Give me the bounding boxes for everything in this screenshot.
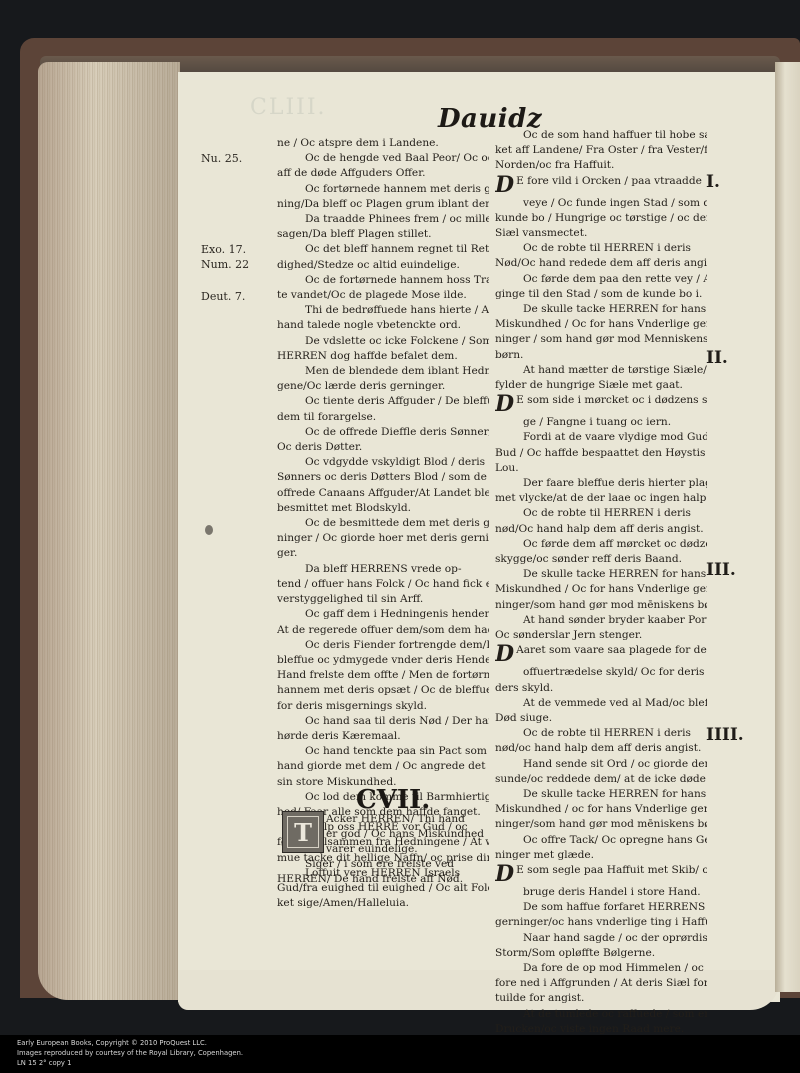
- courtesy-line: Images reproduced by courtesy of the Roy…: [17, 1049, 243, 1057]
- text-line: Naar hand sagde / oc der oprørdis en: [495, 931, 707, 946]
- text-line: Der faare bleffue deris hierter plagede: [495, 476, 707, 491]
- text-line: Acker HERREN/ Thi hand: [326, 812, 489, 827]
- text-line: Oc de robte til HERREN i deris: [495, 506, 707, 521]
- text-line-content: Oc hand tenckte paa sin Pact som: [305, 745, 487, 757]
- text-line-content: E fore vild i Orcken / paa vtraadde: [516, 175, 702, 187]
- text-line: DE fore vild i Orcken / paa vtraadde: [495, 174, 707, 196]
- text-line-content: skygge/oc sønder reff deris Baand.: [495, 553, 682, 565]
- text-line: Sønners oc deris Døtters Blod / som de: [277, 470, 489, 485]
- page-fore-edge-shade: [38, 62, 180, 1000]
- text-line-content: At de vemmede ved al Mad/oc bleffue: [523, 697, 707, 709]
- text-line-content: Men de blendede dem iblant Hednin-: [305, 365, 489, 377]
- text-line-content: børn.: [495, 349, 523, 361]
- text-line: Oc deris Fiender fortrengde dem/De: [277, 638, 489, 653]
- text-line: Hand frelste dem offte / Men de fortørne…: [277, 668, 489, 683]
- copyright-line: Early European Books, Copyright © 2010 P…: [17, 1039, 207, 1047]
- text-line-content: ders skyld.: [495, 682, 553, 694]
- text-line: At hand mætter de tørstige Siæle/ Oc: [495, 363, 707, 378]
- text-line: HERREN dog haffde befalet dem.: [277, 349, 489, 364]
- text-line: ninger / Oc giorde hoer met deris gernin…: [277, 531, 489, 546]
- text-line: Oc de offrede Dieffle deris Sønner/: [277, 425, 489, 440]
- text-line-content: ninger met glæde.: [495, 849, 594, 861]
- text-line-content: De som haffue forfaret HERRENS: [523, 901, 705, 913]
- text-line: fore ned i Affgrunden / At deris Siæl fo…: [495, 976, 707, 991]
- text-line-content: At de regerede offuer dem/som dem hadede…: [277, 624, 489, 636]
- text-line-content: ginge til den Stad / som de kunde bo i.: [495, 288, 702, 300]
- text-line-content: ne / Oc atspre dem i Landene.: [277, 137, 439, 149]
- show-through-text: CLIII.: [250, 95, 327, 120]
- text-line-content: Oc det bleff hannem regnet til Retfer-: [305, 243, 489, 255]
- text-line: Oc hand saa til deris Nød / Der hand: [277, 714, 489, 729]
- text-line: veye / Oc funde ingen Stad / som de: [495, 196, 707, 211]
- text-line: Siæl vansmectet.: [495, 226, 707, 241]
- text-line-content: Oc gaff dem i Hedningenis hender/: [305, 608, 489, 620]
- text-line-content: for deris misgernings skyld.: [277, 700, 427, 712]
- drop-cap: D: [495, 863, 514, 885]
- margin-reference: Exo. 17.: [201, 243, 246, 256]
- text-line-content: hørde deris Kæremaal.: [277, 730, 401, 742]
- section-numeral: IIII.: [706, 725, 744, 745]
- text-line: aff de døde Affguders Offer.: [277, 166, 489, 181]
- text-line-content: At hand mætter de tørstige Siæle/ Oc: [523, 364, 707, 376]
- text-line-content: bruge deris Handel i store Hand.: [523, 886, 701, 898]
- text-line: Oc gaff dem i Hedningenis hender/: [277, 607, 489, 622]
- text-line-content: De skulle tacke HERREN for hans: [523, 303, 706, 315]
- text-line-content: ge / Fangne i tuang oc iern.: [523, 416, 671, 428]
- text-line: Norden/oc fra Haffuit.: [495, 158, 707, 173]
- text-line: Miskundhed / Oc for hans Vnderlige ger-: [495, 582, 707, 597]
- text-line: DE som segle paa Haffuit met Skib/ oc: [495, 863, 707, 885]
- text-line-content: Død siuge.: [495, 712, 552, 724]
- text-line: Lou.: [495, 461, 707, 476]
- text-line: ning/Da bleff oc Plagen grum iblant dem.: [277, 197, 489, 212]
- text-line: De som haffue forfaret HERRENS: [495, 900, 707, 915]
- text-line-content: Aaret som vaare saa plagede for deris: [516, 644, 707, 656]
- psalm-number: CVII.: [356, 785, 430, 815]
- section-numeral: III.: [706, 560, 736, 580]
- text-line-content: E som side i mørcket oc i dødzens skyg-: [516, 394, 707, 406]
- text-line: Da fore de op mod Himmelen / oc de: [495, 961, 707, 976]
- text-line: Oc hand tenckte paa sin Pact som: [277, 744, 489, 759]
- text-line: hørde deris Kæremaal.: [277, 729, 489, 744]
- margin-reference: Deut. 7.: [201, 290, 245, 303]
- margin-reference: Nu. 25.: [201, 152, 242, 165]
- text-line: De skulle tacke HERREN for hans: [495, 787, 707, 802]
- text-line-content: Da bleff HERRENS vrede op-: [305, 563, 462, 575]
- woodcut-initial: T: [282, 811, 324, 853]
- text-line: Da bleff HERRENS vrede op-: [277, 562, 489, 577]
- text-line-content: Oc de som hand haffuer til hobe sam-: [523, 129, 707, 141]
- text-line: Oc deris Døtter.: [277, 440, 489, 455]
- text-line: ninger met glæde.: [495, 848, 707, 863]
- text-line: nød/oc hand halp dem aff deris angist.: [495, 741, 707, 756]
- text-line-content: Siger / i som ere frelste ved: [305, 858, 454, 870]
- text-line-content: Oc de hengde ved Baal Peor/ Oc ode: [305, 152, 489, 164]
- page-stain: [205, 525, 213, 535]
- text-line-content: Miskundhed / oc for hans Vnderlige ger-: [495, 803, 707, 815]
- text-line: Oc fortørnede hannem met deris ger-: [277, 182, 489, 197]
- text-line-content: fore ned i Affgrunden / At deris Siæl fo…: [495, 977, 707, 989]
- text-line-content: Hand frelste dem offte / Men de fortørne…: [277, 669, 489, 681]
- text-line: Oc de robte til HERREN i deris: [495, 241, 707, 256]
- drop-cap: D: [495, 643, 514, 665]
- text-line: De skulle tacke HERREN for hans: [495, 302, 707, 317]
- text-line: ninger/som hand gør mod mēniskens børn.: [495, 817, 707, 832]
- text-line: er god / Oc hans Miskundhed: [326, 827, 489, 842]
- text-line: tend / offuer hans Folck / Oc hand fick …: [277, 577, 489, 592]
- text-line: offuertrædelse skyld/ Oc for deris Syn-: [495, 665, 707, 680]
- text-line-content: Oc førde dem aff mørcket oc dødzens: [523, 538, 707, 550]
- text-line-content: Miskundhed / Oc for hans Vnderlige ger-: [495, 583, 707, 595]
- text-line: bruge deris Handel i store Hand.: [495, 885, 707, 900]
- text-line-content: Oc førde dem paa den rette vey / At de: [523, 273, 707, 285]
- text-line-content: Oc de robte til HERREN i deris: [523, 507, 691, 519]
- text-line-content: verstyggelighed til sin Arff.: [277, 593, 423, 605]
- text-line-content: E som segle paa Haffuit met Skib/ oc: [516, 864, 707, 876]
- margin-reference: Num. 22: [201, 258, 249, 271]
- text-line-content: sunde/oc reddede dem/ at de icke døde.: [495, 773, 707, 785]
- text-line-content: De vdslette oc icke Folckene / Som: [305, 335, 489, 347]
- text-line: ninger / som hand gør mod Menniskens: [495, 332, 707, 347]
- text-line-content: nød/Oc hand halp dem aff deris angist.: [495, 523, 704, 535]
- text-line: kunde bo / Hungrige oc tørstige / oc der…: [495, 211, 707, 226]
- text-line: verstyggelighed til sin Arff.: [277, 592, 489, 607]
- text-line-content: Oc de robte til HERREN i deris: [523, 242, 691, 254]
- text-line-content: gerninger/oc hans vnderlige ting i Haffu…: [495, 916, 707, 928]
- footer-bar: Early European Books, Copyright © 2010 P…: [0, 1035, 800, 1073]
- text-line-content: Hand sende sit Ord / oc giorde dem: [523, 758, 707, 770]
- section-numeral: I.: [706, 172, 720, 192]
- text-line-content: Oc fortørnede hannem met deris ger-: [305, 183, 489, 195]
- text-line: Oc de som hand haffuer til hobe sam-: [495, 128, 707, 143]
- text-line: dighed/Stedze oc altid euindelige.: [277, 258, 489, 273]
- text-line-content: besmittet met Blodskyld.: [277, 502, 411, 514]
- drop-cap: D: [495, 174, 514, 196]
- text-line: nød/Oc hand halp dem aff deris angist.: [495, 522, 707, 537]
- text-line-content: nød/oc hand halp dem aff deris angist.: [495, 742, 701, 754]
- text-line: Død siuge.: [495, 711, 707, 726]
- text-line: hand giorde met dem / Oc angrede det aff: [277, 759, 489, 774]
- text-line: Oc førde dem paa den rette vey / At de: [495, 272, 707, 287]
- text-line: Oc de robte til HERREN i deris: [495, 726, 707, 741]
- text-line: Oc offre Tack/ Oc opregne hans Ger-: [495, 833, 707, 848]
- text-line-content: Oc offre Tack/ Oc opregne hans Ger-: [523, 834, 707, 846]
- text-line: De vdslette oc icke Folckene / Som: [277, 334, 489, 349]
- text-line-content: gene/Oc lærde deris gerninger.: [277, 380, 445, 392]
- text-line-content: ninger / Oc giorde hoer met deris gernin…: [277, 532, 489, 544]
- text-line-content: ninger/som hand gør mod mēniskens børn.: [495, 818, 707, 830]
- text-line-content: Da fore de op mod Himmelen / oc de: [523, 962, 707, 974]
- text-line-content: De skulle tacke HERREN for hans: [523, 568, 706, 580]
- text-line: De skulle tacke HERREN for hans: [495, 567, 707, 582]
- text-line: besmittet met Blodskyld.: [277, 501, 489, 516]
- text-line: Bud / Oc haffde bespaattet den Høystis: [495, 446, 707, 461]
- text-line-content: ninger / som hand gør mod Menniskens: [495, 333, 707, 345]
- text-line: Oc de besmittede dem met deris ger-: [277, 516, 489, 531]
- text-line-content: At de tumlede oc raffuede / som en: [523, 1008, 707, 1020]
- text-line-content: Sønners oc deris Døtters Blod / som de: [277, 471, 487, 483]
- text-line-content: ket sige/Amen/Halleluia.: [277, 897, 409, 909]
- text-line: Nød/Oc hand redede dem aff deris angist.: [495, 256, 707, 271]
- text-line-content: Oc tiente deris Affguder / De bleffue: [305, 395, 489, 407]
- drop-cap: D: [495, 393, 514, 415]
- shelfmark-line: LN 15 2° copy 1: [17, 1059, 71, 1067]
- psalm-107-continuation: Siger / i som ere frelste vedHERREN/ De …: [277, 857, 489, 887]
- text-line: Oc det bleff hannem regnet til Retfer-: [277, 242, 489, 257]
- text-line-content: aff de døde Affguders Offer.: [277, 167, 425, 179]
- book-gutter: [775, 62, 800, 992]
- text-line-content: De skulle tacke HERREN for hans: [523, 788, 706, 800]
- text-line: Storm/Som opløffte Bølgerne.: [495, 946, 707, 961]
- text-line-content: Oc de besmittede dem met deris ger-: [305, 517, 489, 529]
- text-line-content: Oc deris Fiender fortrengde dem/De: [305, 639, 489, 651]
- woodcut-border: [287, 816, 319, 848]
- text-line: ninger/som hand gør mod mēniskens børn.: [495, 598, 707, 613]
- text-line-content: bleffue oc ydmygede vnder deris Hender.: [277, 654, 489, 666]
- text-line: Miskundhed / Oc for hans Vnderlige ger-: [495, 317, 707, 332]
- text-line: hannem met deris opsæt / Oc de bleffue f…: [277, 683, 489, 698]
- text-line: met vlycke/at de der laae oc ingen halp …: [495, 491, 707, 506]
- text-line-content: kunde bo / Hungrige oc tørstige / oc der…: [495, 212, 707, 224]
- text-line-content: veye / Oc funde ingen Stad / som de: [523, 197, 707, 209]
- text-line-content: Bud / Oc haffde bespaattet den Høystis: [495, 447, 705, 459]
- text-line: gerninger/oc hans vnderlige ting i Haffu…: [495, 915, 707, 930]
- text-line: At de tumlede oc raffuede / som en: [495, 1007, 707, 1022]
- right-column: Oc de som hand haffuer til hobe sam-ket …: [495, 128, 707, 1067]
- text-line: fylder de hungrige Siæle met gaat.: [495, 378, 707, 393]
- text-line-content: dem til forargelse.: [277, 411, 376, 423]
- text-line-content: HERREN dog haffde befalet dem.: [277, 350, 458, 362]
- text-line: sunde/oc reddede dem/ at de icke døde.: [495, 772, 707, 787]
- text-line: Fordi at de vaare vlydige mod Gudz: [495, 430, 707, 445]
- text-line: At de regerede offuer dem/som dem hadede…: [277, 623, 489, 638]
- text-line-content: Oc sønderslar Jern stenger.: [495, 629, 642, 641]
- text-line: Hand sende sit Ord / oc giorde dem: [495, 757, 707, 772]
- text-line: ger.: [277, 546, 489, 561]
- text-line: ket aff Landene/ Fra Oster / fra Vester/…: [495, 143, 707, 158]
- section-numeral: II.: [706, 348, 728, 368]
- text-line: varer euindelige.: [326, 842, 489, 857]
- text-line-content: hannem met deris opsæt / Oc de bleffue f…: [277, 684, 489, 696]
- text-line-content: Thi de bedrøffuede hans hierte / At: [305, 304, 489, 316]
- psalm-107-opening: Acker HERREN/ Thi hander god / Oc hans M…: [326, 812, 489, 858]
- text-line: Men de blendede dem iblant Hednin-: [277, 364, 489, 379]
- text-line-content: Siæl vansmectet.: [495, 227, 587, 239]
- text-line: bleffue oc ydmygede vnder deris Hender.: [277, 653, 489, 668]
- text-line-content: Oc deris Døtter.: [277, 441, 362, 453]
- text-line-content: dighed/Stedze oc altid euindelige.: [277, 259, 460, 271]
- text-line: Da traadde Phinees frem / oc millede: [277, 212, 489, 227]
- text-line-content: Oc de fortørnede hannem hoss Træt-: [305, 274, 489, 286]
- text-line-content: te vandet/Oc de plagede Mose ilde.: [277, 289, 467, 301]
- text-line-content: At hand sønder bryder kaaber Porte/: [523, 614, 707, 626]
- text-line-content: Oc vdgydde vskyldigt Blod / deris: [305, 456, 485, 468]
- text-line: sagen/Da bleff Plagen stillet.: [277, 227, 489, 242]
- text-line: ginge til den Stad / som de kunde bo i.: [495, 287, 707, 302]
- text-line-content: hand talede nogle vbetenckte ord.: [277, 319, 461, 331]
- text-line: Thi de bedrøffuede hans hierte / At: [277, 303, 489, 318]
- text-line-content: Der faare bleffue deris hierter plagede: [523, 477, 707, 489]
- text-line-content: Naar hand sagde / oc der oprørdis en: [523, 932, 707, 944]
- text-line: offrede Canaans Affguder/At Landet bleff: [277, 486, 489, 501]
- text-line: Miskundhed / oc for hans Vnderlige ger-: [495, 802, 707, 817]
- text-line-content: HERREN/ De hand frelste aff Nød.: [277, 873, 463, 885]
- text-line-content: tend / offuer hans Folck / Oc hand fick …: [277, 578, 489, 590]
- text-line: gene/Oc lærde deris gerninger.: [277, 379, 489, 394]
- text-line: hand talede nogle vbetenckte ord.: [277, 318, 489, 333]
- text-line: dem til forargelse.: [277, 410, 489, 425]
- text-line: HERREN/ De hand frelste aff Nød.: [277, 872, 489, 887]
- text-line: for deris misgernings skyld.: [277, 699, 489, 714]
- text-line-content: Oc de offrede Dieffle deris Sønner/: [305, 426, 489, 438]
- text-line: At de vemmede ved al Mad/oc bleffue: [495, 696, 707, 711]
- text-line-content: ninger/som hand gør mod mēniskens børn.: [495, 599, 707, 611]
- text-line-content: sagen/Da bleff Plagen stillet.: [277, 228, 432, 240]
- text-line: Oc vdgydde vskyldigt Blod / deris: [277, 455, 489, 470]
- text-line: tuilde for angist.: [495, 991, 707, 1006]
- text-line: ket sige/Amen/Halleluia.: [277, 896, 489, 911]
- text-line-content: Lou.: [495, 462, 519, 474]
- text-line-content: ger.: [277, 547, 297, 559]
- text-line: Oc de hengde ved Baal Peor/ Oc ode: [277, 151, 489, 166]
- text-line: DAaret som vaare saa plagede for deris: [495, 643, 707, 665]
- text-line: Oc tiente deris Affguder / De bleffue: [277, 394, 489, 409]
- text-line: ne / Oc atspre dem i Landene.: [277, 136, 489, 151]
- text-line: ge / Fangne i tuang oc iern.: [495, 415, 707, 430]
- text-line-content: Storm/Som opløffte Bølgerne.: [495, 947, 655, 959]
- text-line-content: offrede Canaans Affguder/At Landet bleff: [277, 487, 489, 499]
- text-line-content: met vlycke/at de der laae oc ingen halp …: [495, 492, 707, 504]
- text-line: børn.: [495, 348, 707, 363]
- text-line-content: Nød/Oc hand redede dem aff deris angist.: [495, 257, 707, 269]
- text-line-content: tuilde for angist.: [495, 992, 584, 1004]
- text-line-content: Oc hand saa til deris Nød / Der hand: [305, 715, 489, 727]
- text-line-content: Fordi at de vaare vlydige mod Gudz: [523, 431, 707, 443]
- text-line-content: ning/Da bleff oc Plagen grum iblant dem.: [277, 198, 489, 210]
- text-line: Oc sønderslar Jern stenger.: [495, 628, 707, 643]
- text-line-content: fylder de hungrige Siæle met gaat.: [495, 379, 683, 391]
- text-line-content: Miskundhed / Oc for hans Vnderlige ger-: [495, 318, 707, 330]
- text-line: Oc de fortørnede hannem hoss Træt-: [277, 273, 489, 288]
- text-line: ders skyld.: [495, 681, 707, 696]
- text-line: skygge/oc sønder reff deris Baand.: [495, 552, 707, 567]
- text-line-content: Da traadde Phinees frem / oc millede: [305, 213, 489, 225]
- text-line-content: hand giorde met dem / Oc angrede det aff: [277, 760, 489, 772]
- text-line: Siger / i som ere frelste ved: [277, 857, 489, 872]
- text-line-content: Norden/oc fra Haffuit.: [495, 159, 614, 171]
- text-line-content: Drucken/oc viste ingen Raad mere.: [495, 1023, 684, 1035]
- text-line: DE som side i mørcket oc i dødzens skyg-: [495, 393, 707, 415]
- text-line: At hand sønder bryder kaaber Porte/: [495, 613, 707, 628]
- text-line: Oc førde dem aff mørcket oc dødzens: [495, 537, 707, 552]
- text-line: te vandet/Oc de plagede Mose ilde.: [277, 288, 489, 303]
- text-line-content: Oc de robte til HERREN i deris: [523, 727, 691, 739]
- text-line-content: ket aff Landene/ Fra Oster / fra Vester/…: [495, 144, 707, 156]
- text-line-content: offuertrædelse skyld/ Oc for deris Syn-: [523, 666, 707, 678]
